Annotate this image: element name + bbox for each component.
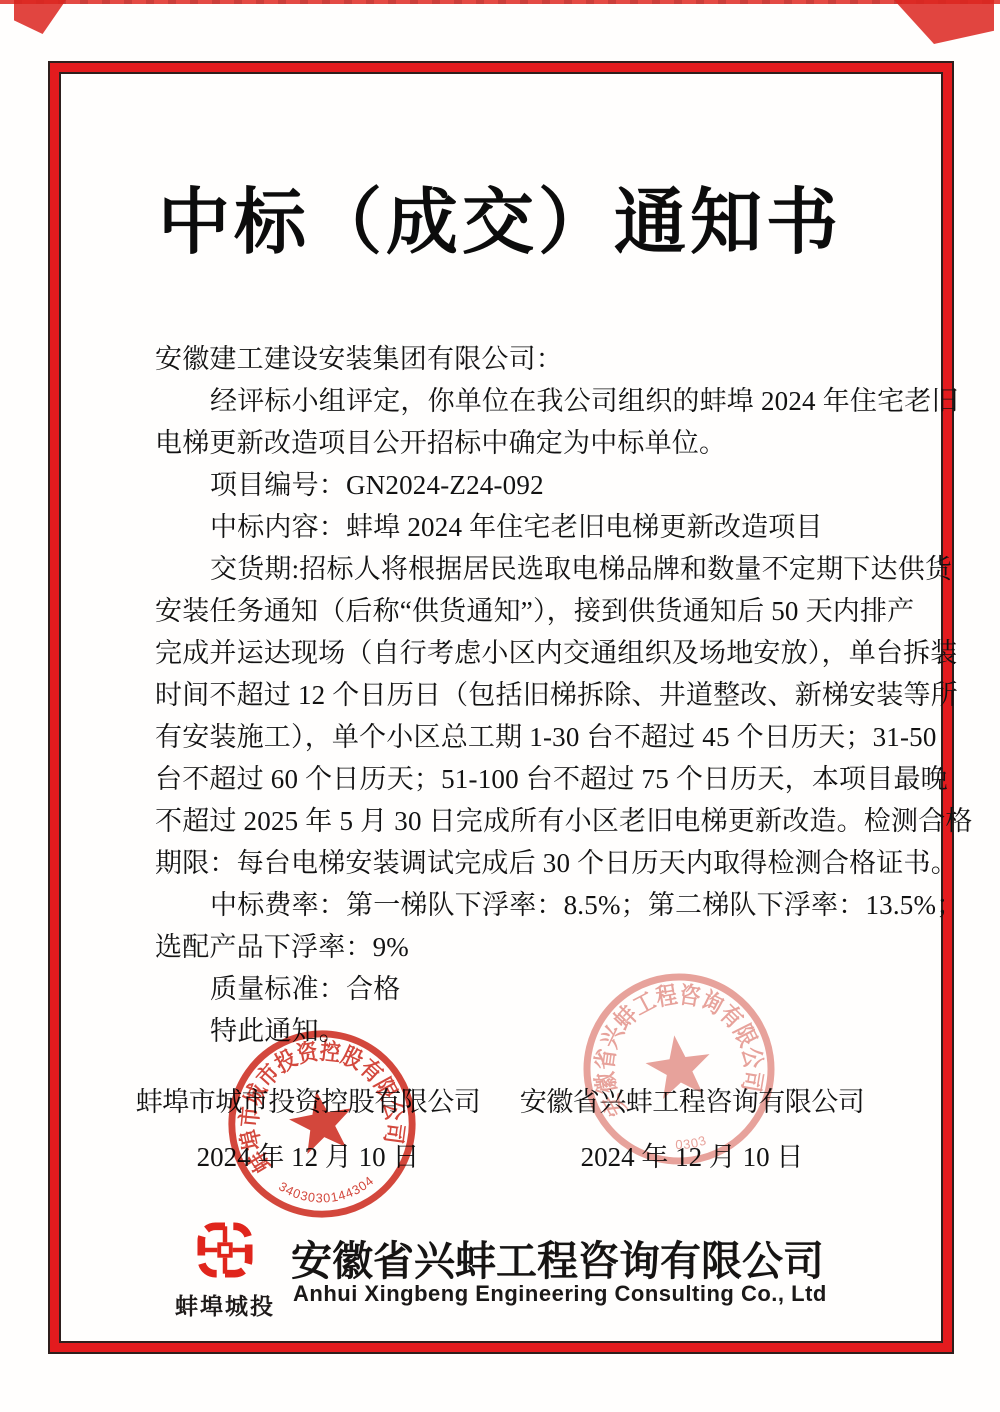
company-logo bbox=[193, 1216, 257, 1284]
logo-label: 蚌埠城投 bbox=[163, 1288, 287, 1321]
bid-rate-line: 中标费率：第一梯队下浮率：8.5%；第二梯队下浮率：13.5%； bbox=[155, 884, 855, 926]
body-line: 选配产品下浮率：9% bbox=[155, 926, 855, 968]
body-line: 台不超过 60 个日历天；51-100 台不超过 75 个日历天，本项目最晚 bbox=[155, 758, 855, 800]
body-line: 期限：每台电梯安装调试完成后 30 个日历天内取得检测合格证书。 bbox=[155, 842, 855, 884]
body-line: 有安装施工），单个小区总工期 1-30 台不超过 45 个日历天；31-50 bbox=[155, 716, 855, 758]
body-line: 不超过 2025 年 5 月 30 日完成所有小区老旧电梯更新改造。检测合格 bbox=[155, 800, 855, 842]
bid-content-line: 中标内容：蚌埠 2024 年住宅老旧电梯更新改造项目 bbox=[155, 506, 855, 548]
svg-text:0303: 0303 bbox=[673, 1132, 709, 1153]
body-line: 电梯更新改造项目公开招标中确定为中标单位。 bbox=[155, 422, 855, 464]
document-title: 中标（成交）通知书 bbox=[0, 164, 1000, 268]
official-seal-right: 安徽省兴蚌工程咨询有限公司 0303 bbox=[579, 969, 779, 1169]
star-icon bbox=[642, 1031, 715, 1101]
footer-company-name-en: Anhui Xingbeng Engineering Consulting Co… bbox=[293, 1281, 833, 1307]
seal-number-fragment: 0303 bbox=[673, 1132, 709, 1153]
footer-company-name-cn: 安徽省兴蚌工程咨询有限公司 bbox=[291, 1228, 831, 1287]
body-line: 安装任务通知（后称“供货通知”），接到供货通知后 50 天内排产 bbox=[155, 590, 855, 632]
notice-body: 安徽建工建设安装集团有限公司： 经评标小组评定，你单位在我公司组织的蚌埠 202… bbox=[155, 338, 855, 1052]
scan-red-mark-top-right bbox=[894, 0, 994, 44]
body-line: 经评标小组评定，你单位在我公司组织的蚌埠 2024 年住宅老旧 bbox=[155, 380, 855, 422]
official-seal-left: 蚌埠市城市投资控股有限公司 3403030144304 bbox=[224, 1026, 420, 1222]
notice-document: 中标（成交）通知书 安徽建工建设安装集团有限公司： 经评标小组评定，你单位在我公… bbox=[0, 0, 1000, 1412]
scan-edge-strip bbox=[0, 0, 1000, 4]
addressee-line: 安徽建工建设安装集团有限公司： bbox=[155, 338, 855, 380]
star-icon bbox=[285, 1086, 358, 1156]
body-line: 交货期:招标人将根据居民选取电梯品牌和数量不定期下达供货 bbox=[155, 548, 855, 590]
project-number-line: 项目编号：GN2024-Z24-092 bbox=[155, 464, 855, 506]
scan-red-mark-top-left bbox=[14, 0, 66, 34]
body-line: 时间不超过 12 个日历日（包括旧梯拆除、井道整改、新梯安装等所 bbox=[155, 674, 855, 716]
body-line: 完成并运达现场（自行考虑小区内交通组织及场地安放），单台拆装 bbox=[155, 632, 855, 674]
logo-center-square bbox=[219, 1244, 231, 1256]
